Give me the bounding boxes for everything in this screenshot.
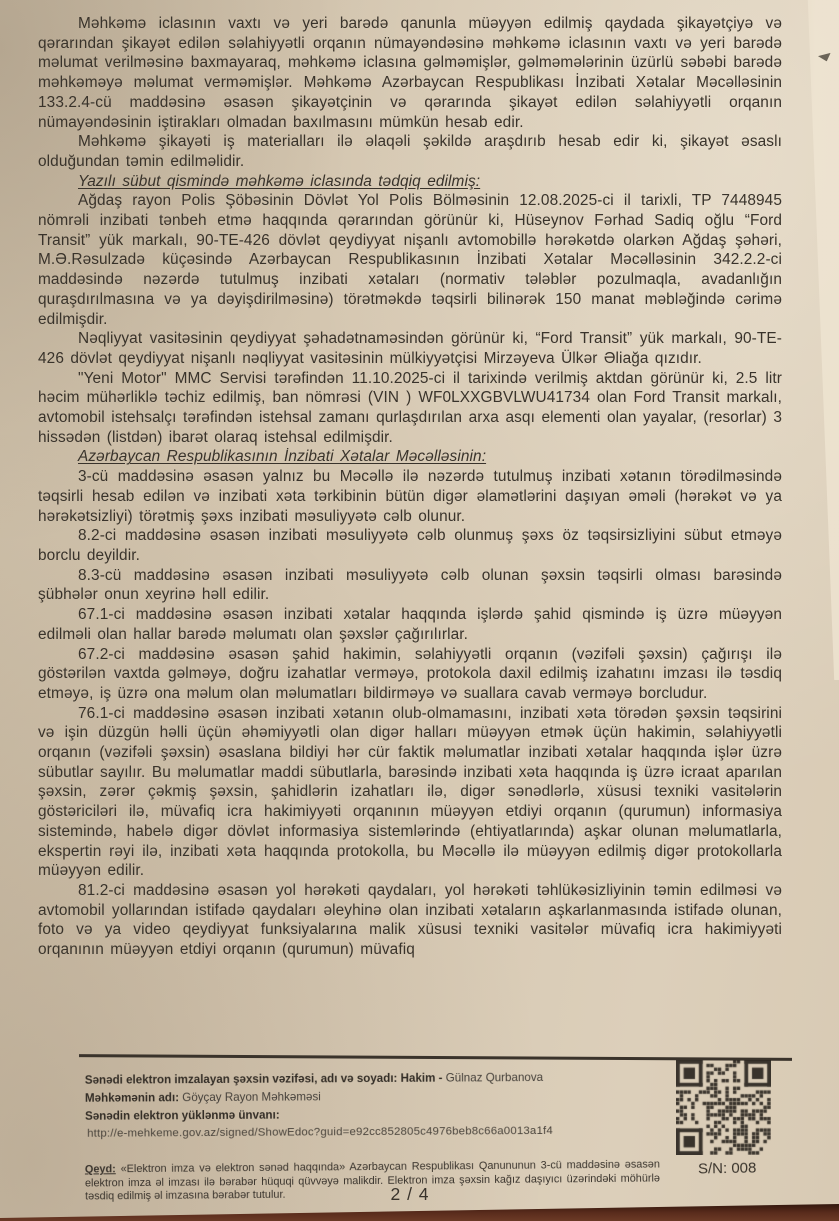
paragraph-vehicle-owner: Nəqliyyat vasitəsinin qeydiyyat şəhadətn… bbox=[38, 329, 782, 368]
paragraph-absence-ruling: Məhkəmə iclasının vaxtı və yeri barədə q… bbox=[38, 14, 782, 132]
signer-role: Hakim - bbox=[401, 1072, 443, 1085]
qr-code bbox=[676, 1060, 771, 1155]
paragraph-article-67-2: 67.2-ci maddəsinə əsasən şahid hakimin, … bbox=[38, 645, 782, 704]
paragraph-yeni-motor-act: "Yeni Motor" MMC Servisi tərəfindən 11.1… bbox=[38, 369, 782, 448]
paragraph-article-76-1: 76.1-ci maddəsinə əsasən inzibati xətanı… bbox=[38, 704, 782, 881]
signature-block: Sənədi elektron imzalayan şəxsin vəzifəs… bbox=[85, 1070, 665, 1141]
scanned-court-document-page: Məhkəmə iclasının vaxtı və yeri barədə q… bbox=[0, 0, 839, 1221]
paragraph-article-8-3: 8.3-cü maddəsinə əsasən inzibati məsuliy… bbox=[38, 566, 782, 605]
download-url-label: Sənədin elektron yüklənmə ünvanı: bbox=[85, 1109, 280, 1123]
download-url-line: Sənədin elektron yüklənmə ünvanı: bbox=[85, 1106, 665, 1123]
paragraph-complaint-justified: Məhkəmə şikayəti iş materialları ilə əla… bbox=[38, 132, 782, 171]
heading-administrative-code: Azərbaycan Respublikasının İnzibati Xəta… bbox=[38, 447, 782, 467]
document-body: Məhkəmə iclasının vaxtı və yeri barədə q… bbox=[38, 14, 782, 960]
court-name-label: Məhkəmənin adı: bbox=[85, 1091, 179, 1105]
document-url: http://e-mehkeme.gov.az/signed/ShowEdoc?… bbox=[87, 1124, 665, 1141]
paper-edge-highlight bbox=[779, 0, 839, 680]
paragraph-article-3: 3-cü maddəsinə əsasən yalnız bu Məcəllə … bbox=[38, 467, 782, 526]
paragraph-article-8-2: 8.2-ci maddəsinə əsasən inzibati məsuliy… bbox=[38, 526, 782, 565]
paragraph-article-81-2: 81.2-ci maddəsinə əsasən yol hərəkəti qa… bbox=[38, 881, 782, 960]
paragraph-article-67-1: 67.1-ci maddəsinə əsasən inzibati xətala… bbox=[38, 605, 782, 644]
court-line: Məhkəmənin adı: Göyçay Rayon Məhkəməsi bbox=[85, 1088, 665, 1105]
page-number: 2 / 4 bbox=[38, 1184, 782, 1205]
serial-number: S/N: 008 bbox=[698, 1159, 757, 1177]
signer-line: Sənədi elektron imzalayan şəxsin vəzifəs… bbox=[85, 1070, 665, 1087]
signer-name: Gülnaz Qurbanova bbox=[446, 1071, 543, 1085]
heading-written-evidence: Yazılı sübut qismində məhkəmə iclasında … bbox=[38, 172, 782, 192]
table-surface-edge bbox=[0, 1203, 839, 1221]
paragraph-police-decision: Ağdaş rayon Polis Şöbəsinin Dövlət Yol P… bbox=[38, 191, 782, 329]
signer-label: Sənədi elektron imzalayan şəxsin vəzifəs… bbox=[85, 1072, 398, 1087]
court-name: Göyçay Rayon Məhkəməsi bbox=[182, 1090, 321, 1104]
note-label: Qeyd: bbox=[85, 1163, 116, 1175]
